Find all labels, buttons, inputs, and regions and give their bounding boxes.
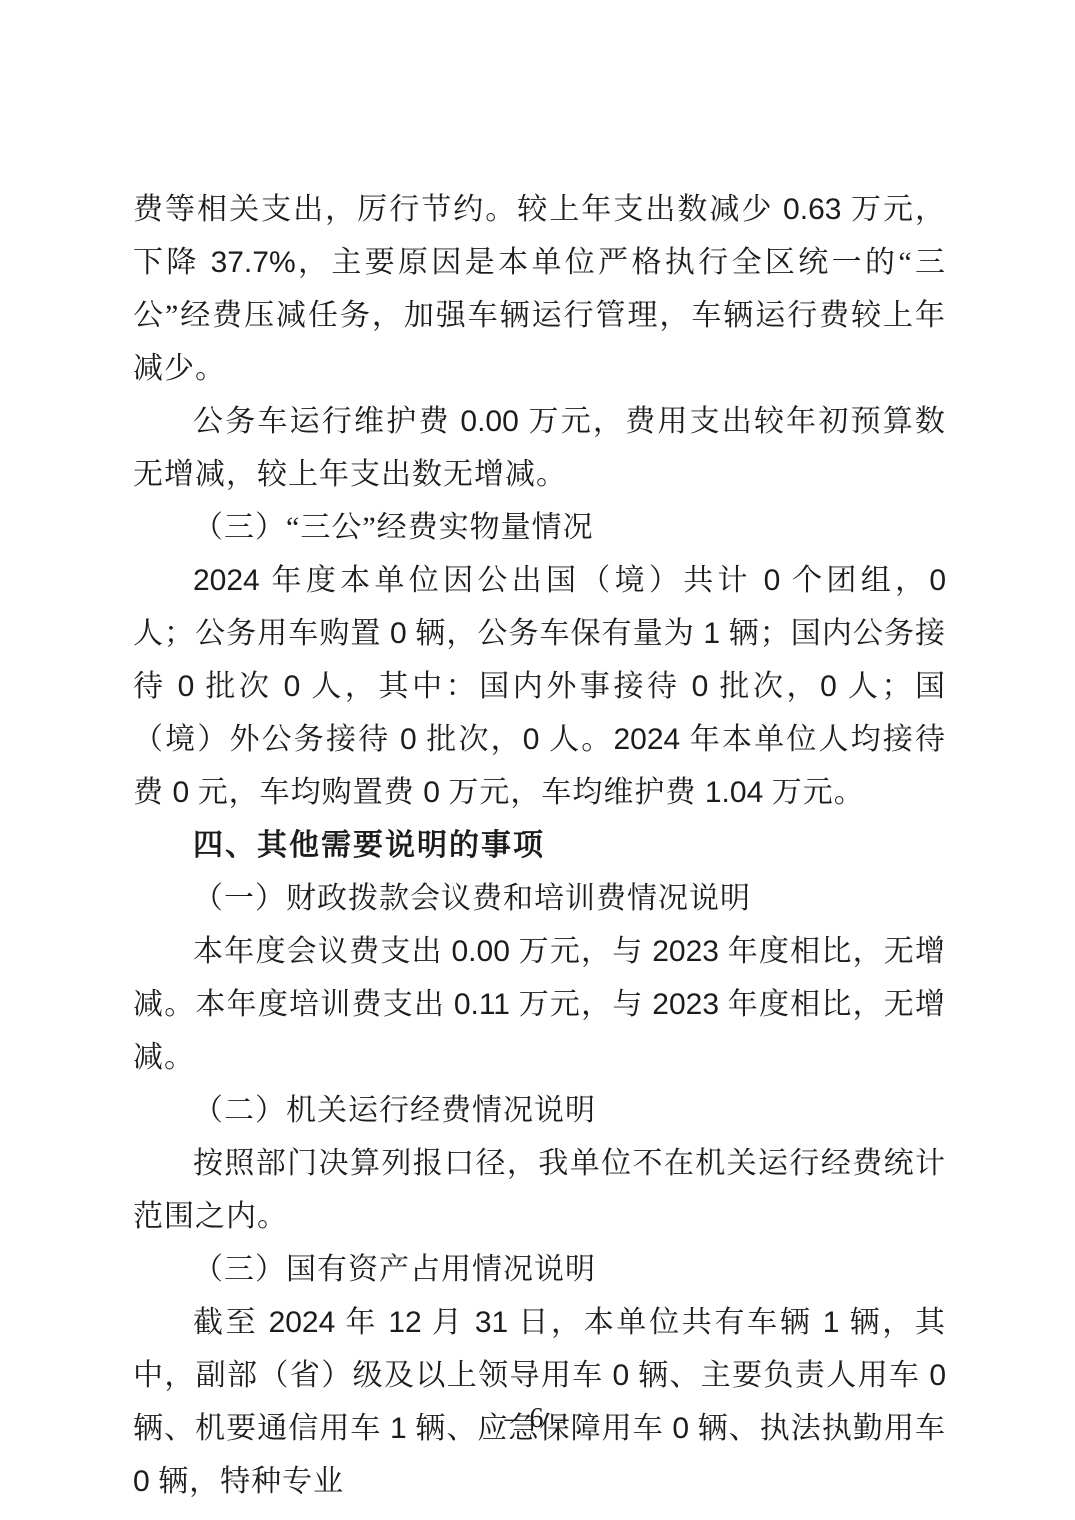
document-page: 费等相关支出，厉行节约。较上年支出数减少 0.63 万元，下降 37.7%，主要… [0, 0, 1075, 1520]
heading-other-matters: 四、其他需要说明的事项 [133, 819, 946, 872]
subheading-agency-operating-expense: （二）机关运行经费情况说明 [133, 1084, 946, 1137]
subheading-meeting-training-fees: （一）财政拨款会议费和培训费情况说明 [133, 872, 946, 925]
subheading-three-public-physical-quantity: （三）“三公”经费实物量情况 [133, 501, 946, 554]
para-official-vehicle-maintenance: 公务车运行维护费 0.00 万元，费用支出较年初预算数无增减，较上年支出数无增减… [133, 395, 946, 501]
para-state-owned-assets: 截至 2024 年 12 月 31 日，本单位共有车辆 1 辆，其中，副部（省）… [133, 1296, 946, 1508]
document-body: 费等相关支出，厉行节约。较上年支出数减少 0.63 万元，下降 37.7%，主要… [133, 183, 946, 1508]
para-three-public-physical-quantity: 2024 年度本单位因公出国（境）共计 0 个团组，0 人；公务用车购置 0 辆… [133, 554, 946, 819]
para-meeting-training-fees: 本年度会议费支出 0.00 万元，与 2023 年度相比，无增减。本年度培训费支… [133, 925, 946, 1084]
para-vehicle-expense-continuation: 费等相关支出，厉行节约。较上年支出数减少 0.63 万元，下降 37.7%，主要… [133, 183, 946, 395]
subheading-state-owned-assets: （三）国有资产占用情况说明 [133, 1243, 946, 1296]
page-number: – 6 – [0, 1403, 1075, 1435]
para-agency-operating-expense: 按照部门决算列报口径，我单位不在机关运行经费统计范围之内。 [133, 1137, 946, 1243]
